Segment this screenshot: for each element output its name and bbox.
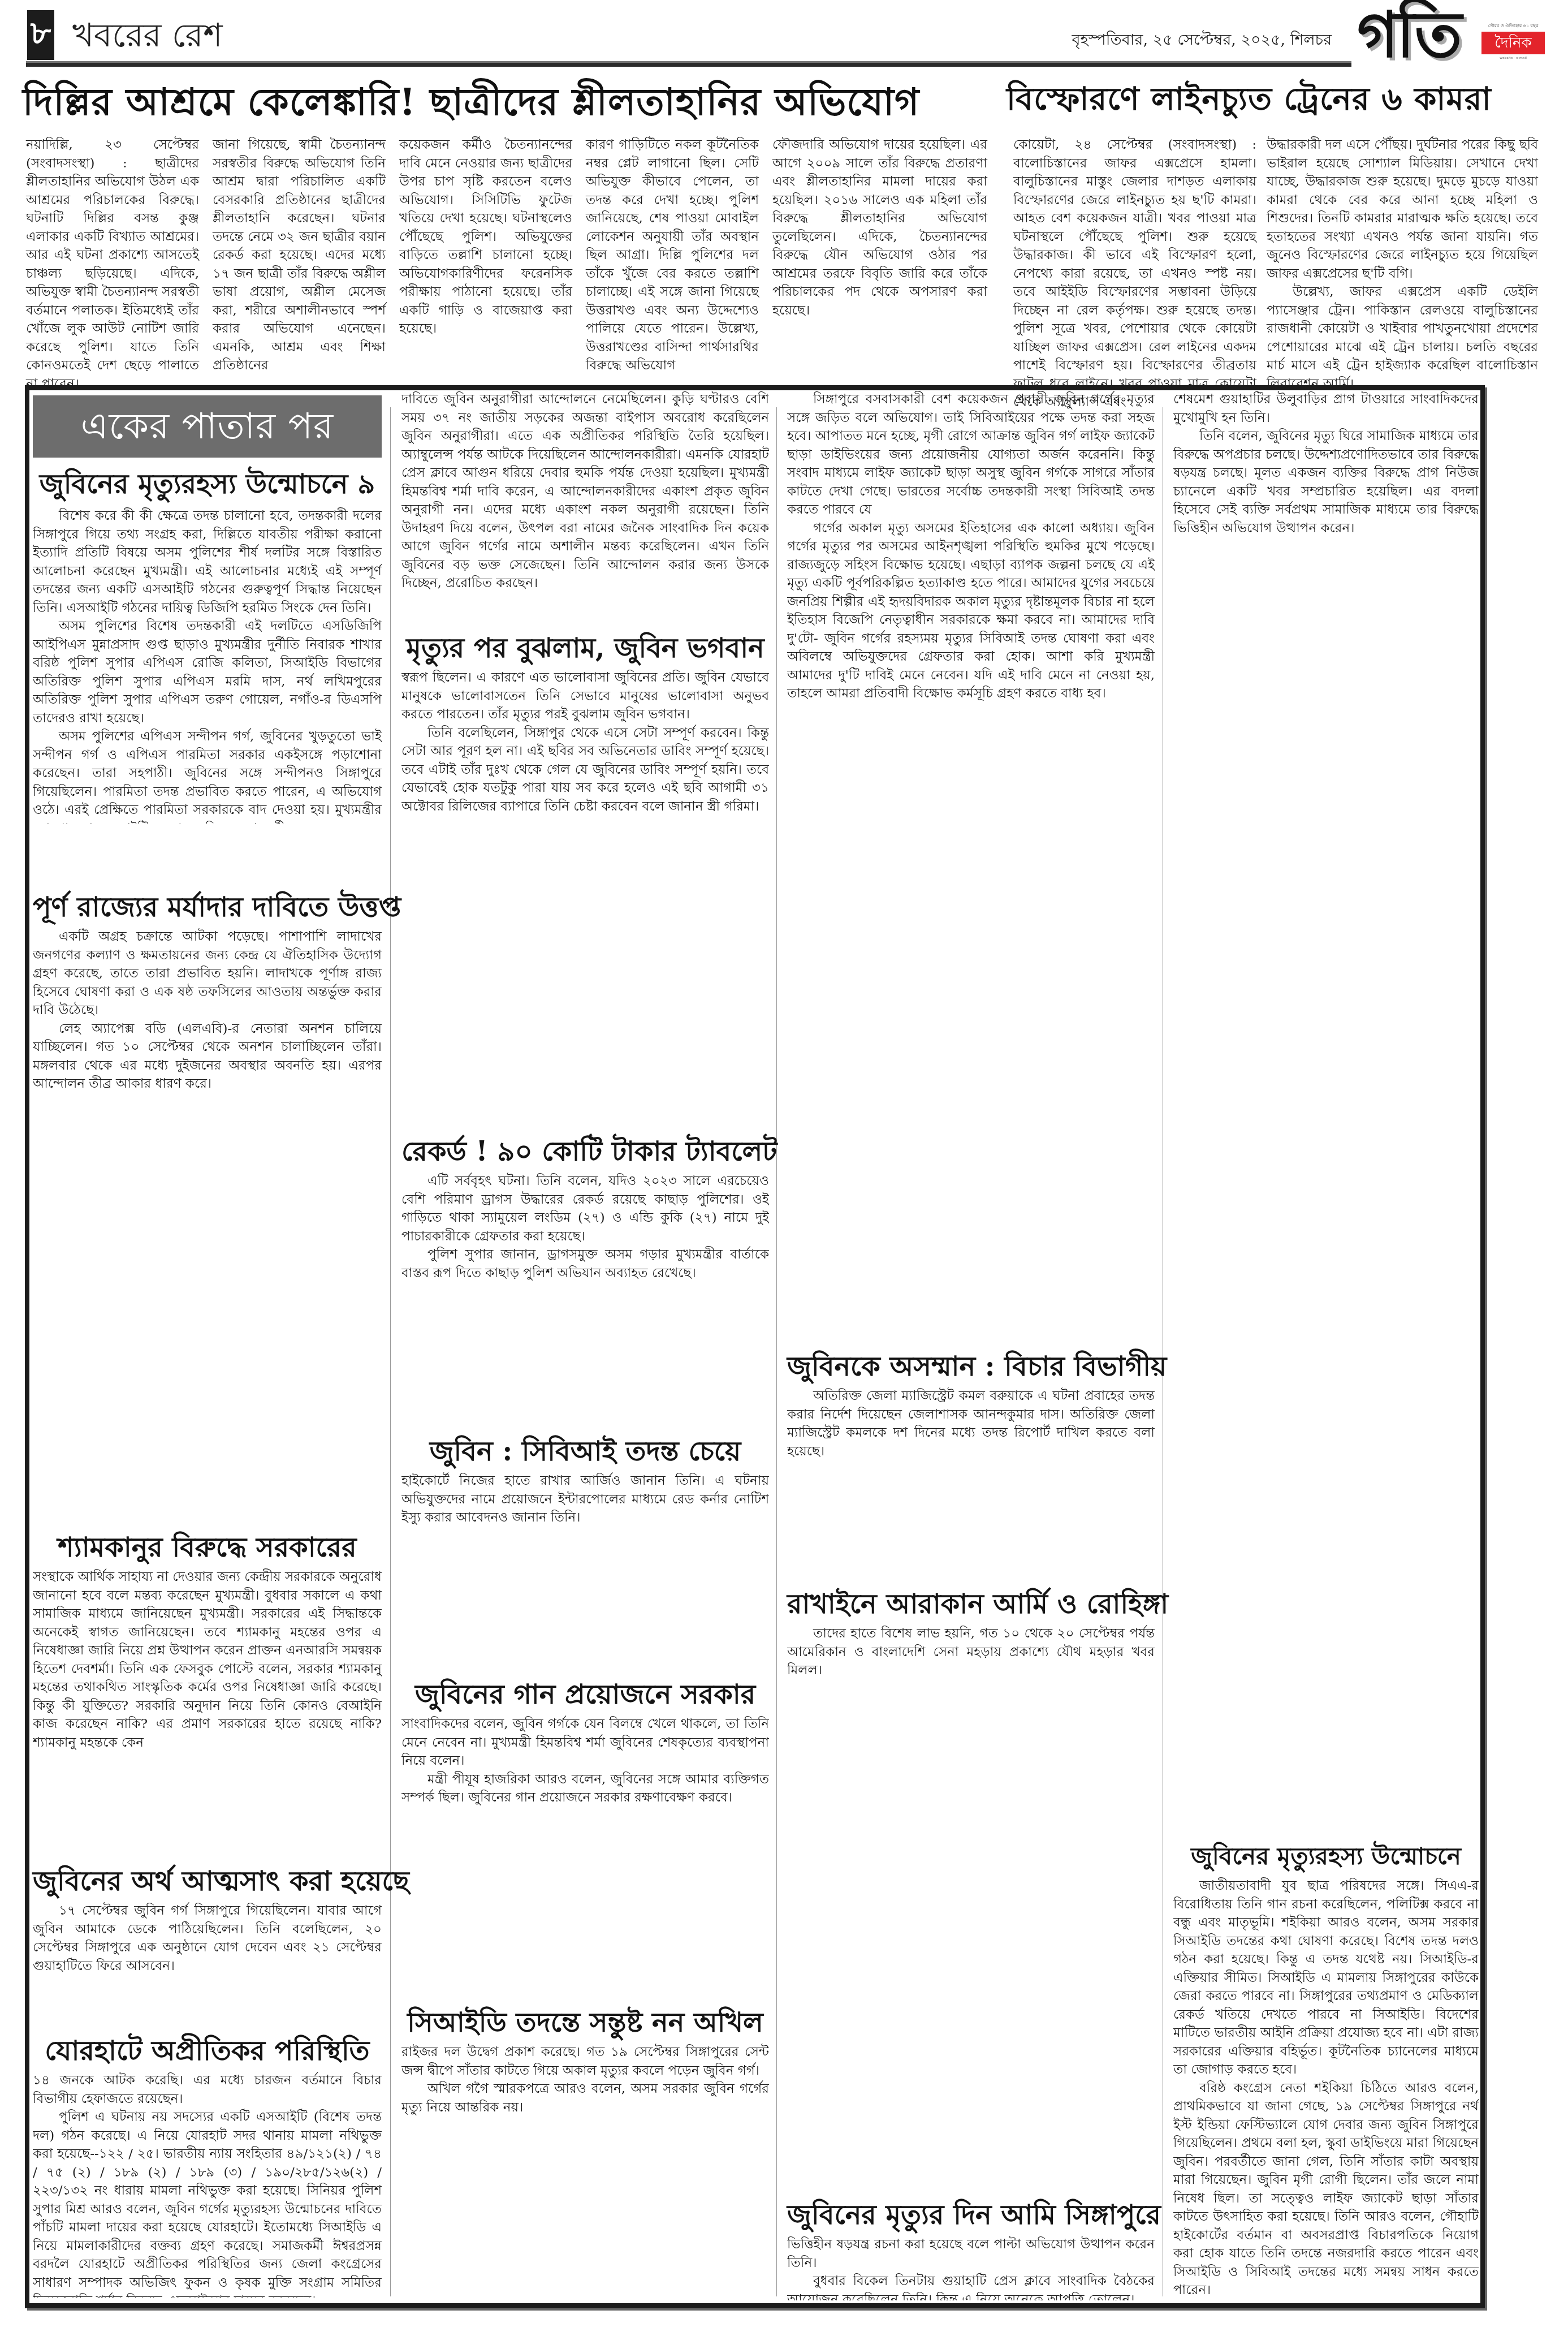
logo-badge: গৌরব ও ঐতিহ্যের ৬১ বছর দৈনিক website · e…: [1481, 23, 1545, 63]
subhead-jorhat: যোরহাটে অপ্রীতিকর পরিস্থিতি: [33, 2031, 382, 2071]
subhead-akhil-cid: সিআইডি তদন্তে সন্তুষ্ট নন অখিল: [401, 2002, 769, 2043]
article-jubeen-mystery: জাতীয়তাবাদী যুব ছাত্র পরিষদের সঙ্গে। সি…: [1173, 1877, 1479, 2301]
subhead-ladakh: পূর্ণ রাজ্যের মর্যাদার দাবিতে উত্তপ্ত: [33, 887, 382, 928]
subhead-judicial-probe: জুবিনকে অসম্মান : বিচার বিভাগীয়: [787, 1346, 1155, 1387]
article-rakhine: তাদের হাতে বিশেষ লাভ হয়নি, গত ১০ থেকে ২…: [787, 1624, 1155, 2190]
subhead-shyamkanu: শ্যামকানুর বিরুদ্ধে সরকারের: [33, 1527, 382, 1568]
masthead: ৮ খবরের রেশ বৃহস্পতিবার, ২৫ সেপ্টেম্বর, …: [0, 0, 1568, 71]
article-prag-tower: শেষমেশ গুয়াহাটির উলুবাড়ির প্রাগ টাওয়া…: [1173, 390, 1479, 1827]
headline-train-blast: বিস্ফোরণে লাইনচ্যুত ট্রেনের ৬ কামরা: [1007, 76, 1492, 122]
badge-tagline: গৌরব ও ঐতিহ্যের ৬১ বছর: [1481, 23, 1545, 30]
article-tablet-record: এটি সর্ববৃহৎ ঘটনা। তিনি বলেন, যদিও ২০২৩ …: [401, 1172, 769, 1387]
article-jorhat: ১৪ জনকে আটক করেছি। এর মধ্যে চারজন বর্তমা…: [33, 2071, 382, 2298]
subhead-tablet-record: রেকর্ড ! ৯০ কোটি টাকার ট্যাবলেট: [401, 1131, 769, 1172]
article-agitation-lead: দাবিতে জুবিন অনুরাগীরা আন্দোলনে নেমেছিলে…: [401, 390, 769, 619]
newspaper-logo: গতি: [1357, 3, 1459, 67]
train-col-1: কোয়েটা, ২৪ সেপ্টেম্বর (সংবাদসংস্থা) : ব…: [1013, 136, 1256, 412]
delhi-col-5: ফৌজদারি অভিযোগ দায়ের হয়েছিল। এর আগে ২০…: [772, 136, 987, 320]
subhead-jubeen-god: মৃত্যুর পর বুঝলাম, জুবিন ভগবান: [401, 628, 769, 669]
subhead-jubeen-mystery: জুবিনের মৃত্যুরহস্য উন্মোচনে: [1173, 1838, 1479, 1874]
column-divider: [390, 407, 391, 2296]
delhi-col-1: নয়াদিল্লি, ২৩ সেপ্টেম্বর (সংবাদসংস্থা) …: [26, 136, 199, 393]
article-judicial-probe: অতিরিক্ত জেলা ম্যাজিস্ট্রেট কমল বরুয়াকে…: [787, 1387, 1155, 1574]
article-jubeen-funds: ১৭ সেপ্টেম্বর জুবিন গর্গ সিঙ্গাপুরে গিয়…: [33, 1902, 382, 2043]
subhead-jubeen-songs: জুবিনের গান প্রয়োজনে সরকার: [401, 1674, 769, 1715]
article-jubeen-sit: বিশেষ করে কী কী ক্ষেত্রে তদন্ত চালানো হব…: [33, 507, 382, 824]
masthead-rule: [26, 61, 1351, 67]
article-jubeen-songs: সাংবাদিকদের বলেন, জুবিন গর্গকে যেন বিলম্…: [401, 1715, 769, 1986]
article-shyamkanu: সংস্থাকে আর্থিক সাহায্য না দেওয়ার জন্য …: [33, 1568, 382, 1817]
article-cbi-demand: হাইকোর্টে নিজের হাতে রাখার আর্জিও জানান …: [401, 1472, 769, 1664]
delhi-col-3: কয়েকজন কর্মীও চৈতন্যানন্দের দাবি মেনে ন…: [399, 136, 572, 338]
subhead-jubeen-sit: জুবিনের মৃত্যুরহস্য উন্মোচনে ৯: [33, 464, 382, 505]
badge-footer: website · e-mail: [1481, 56, 1545, 60]
headline-delhi-ashram: দিল্লির আশ্রমে কেলেঙ্কারি! ছাত্রীদের শ্ল…: [23, 74, 919, 130]
subhead-jubeen-funds: জুবিনের অর্থ আত্মসাৎ করা হয়েছে: [33, 1861, 382, 1902]
section-title: খবরের রেশ: [72, 10, 223, 60]
delhi-col-2: জানা গিয়েছে, স্বামী চৈতন্যানন্দ সরস্বতী…: [213, 136, 386, 375]
badge-name: দৈনিক: [1481, 32, 1545, 54]
article-singapore-day: ভিত্তিহীন ষড়যন্ত্র রচনা করা হয়েছে বলে …: [787, 2235, 1155, 2300]
subhead-rakhine: রাখাইনে আরাকান আর্মি ও রোহিঙ্গা: [787, 1584, 1155, 1624]
delhi-col-4: কারণ গাড়িটিতে নকল কূটনৈতিক নম্বর প্লেট …: [586, 136, 759, 375]
continued-kicker: একের পাতার পর: [33, 395, 382, 458]
article-ladakh: একটি অগ্রহ চক্রান্তে আটকা পড়েছে। পাশাপা…: [33, 928, 382, 1522]
subhead-singapore-day: জুবিনের মৃত্যুর দিন আমি সিঙ্গাপুরে: [787, 2195, 1155, 2235]
train-col-2: উদ্ধারকারী দল এসে পৌঁছয়। দুর্ঘটনার পরের…: [1267, 136, 1538, 393]
article-cbi-continued: সিঙ্গাপুরে বসবাসকারী বেশ কয়েকজন প্রবাসী…: [787, 390, 1155, 1126]
subhead-cbi-demand: জুবিন : সিবিআই তদন্ত চেয়ে: [401, 1431, 769, 1472]
page-number: ৮: [27, 10, 54, 60]
column-divider: [776, 407, 777, 2296]
dateline: বৃহস্পতিবার, ২৫ সেপ্টেম্বর, ২০২৫, শিলচর: [1072, 28, 1332, 54]
article-akhil-cid: রাইজর দল উদ্বেগ প্রকাশ করেছে। গত ১৯ সেপ্…: [401, 2043, 769, 2298]
article-jubeen-god: স্বরূপ ছিলেন। এ কারণে এত ভালোবাসা জুবিনে…: [401, 669, 769, 1132]
